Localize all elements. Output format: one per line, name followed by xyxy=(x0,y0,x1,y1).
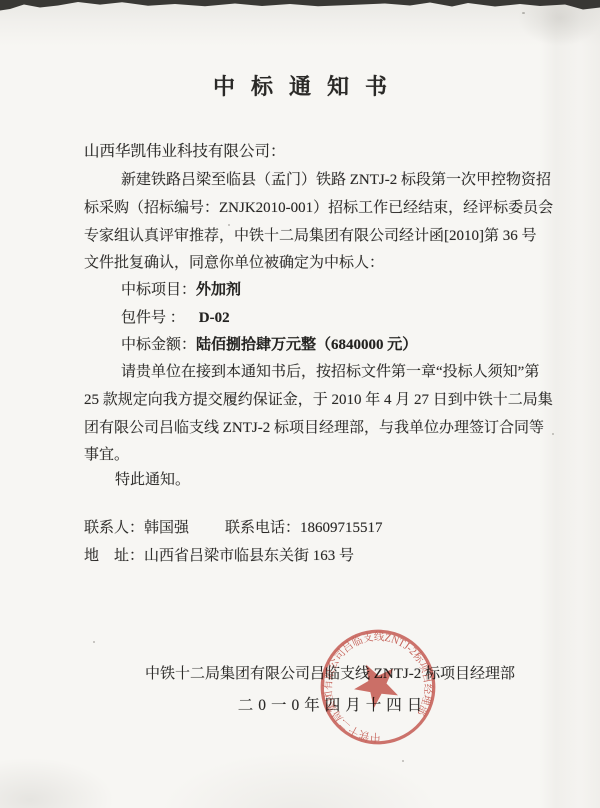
award-package-value: D-02 xyxy=(199,310,230,326)
official-seal: 中铁十二局集团有限公司吕临支线ZNTJ-2标项目经理部 xyxy=(275,584,481,790)
award-amount-row: 中标金额：陆佰捌拾肆万元整（6840000 元） xyxy=(121,332,417,360)
contact-phone-label: 联系电话： xyxy=(225,520,300,536)
address-value: 山西省吕梁市临县东关街 163 号 xyxy=(144,548,354,564)
paragraph-line: 标采购（招标编号：ZNJK2010-001）招标工作已经结束，经评标委员会 xyxy=(84,195,553,223)
contact-line: 联系人：韩国强联系电话：18609715517 xyxy=(84,516,383,537)
contact-phone-number: 18609715517 xyxy=(300,520,383,536)
address-label: 地 址： xyxy=(84,548,144,564)
contact-person-name: 韩国强 xyxy=(144,520,189,536)
paragraph-line: 事宜。 xyxy=(84,442,553,470)
award-details: 中标项目：外加剂 包件号 ：D-02 中标金额：陆佰捌拾肆万元整（6840000… xyxy=(121,277,417,360)
body-paragraph-2: 请贵单位在接到本通知书后，按招标文件第一章“投标人须知”第 25 款规定向我方提… xyxy=(84,359,553,470)
scan-speck xyxy=(402,760,404,762)
award-package-row: 包件号 ：D-02 xyxy=(121,305,417,333)
star-icon xyxy=(347,654,406,712)
paragraph-line: 团有限公司吕临支线 ZNTJ-2 标项目经理部，与我单位办理签订合同等 xyxy=(84,415,553,443)
scan-speck xyxy=(522,12,525,14)
address-line: 地 址：山西省吕梁市临县东关街 163 号 xyxy=(84,544,354,565)
scan-speck xyxy=(93,641,95,643)
scan-edge-artifact xyxy=(0,0,600,12)
scan-speck xyxy=(552,433,554,435)
award-project-value: 外加剂 xyxy=(196,282,241,298)
scan-speck xyxy=(228,224,230,226)
paragraph-line: 新建铁路吕梁至临县（孟门）铁路 ZNTJ-2 标段第一次甲控物资招 xyxy=(84,167,553,195)
closing-line: 特此通知。 xyxy=(115,468,190,489)
award-package-label: 包件号 ： xyxy=(121,310,185,326)
page-title: 中标通知书 xyxy=(0,70,600,101)
paragraph-line: 专家组认真评审推荐，中铁十二局集团有限公司经计函[2010]第 36 号 xyxy=(84,223,553,251)
award-project-row: 中标项目：外加剂 xyxy=(121,277,417,305)
contact-person-label: 联系人： xyxy=(84,520,144,536)
award-amount-value: 陆佰捌拾肆万元整（6840000 元） xyxy=(196,337,417,353)
scanned-document-page: 中标通知书 山西华凯伟业科技有限公司： 新建铁路吕梁至临县（孟门）铁路 ZNTJ… xyxy=(0,0,600,808)
paragraph-line: 请贵单位在接到本通知书后，按招标文件第一章“投标人须知”第 xyxy=(84,359,553,387)
addressee-line: 山西华凯伟业科技有限公司： xyxy=(84,139,286,161)
award-amount-label: 中标金额： xyxy=(121,337,196,353)
paragraph-line: 25 款规定向我方提交履约保证金，于 2010 年 4 月 27 日到中铁十二局… xyxy=(84,387,553,415)
body-paragraph-1: 新建铁路吕梁至临县（孟门）铁路 ZNTJ-2 标段第一次甲控物资招 标采购（招标… xyxy=(84,167,553,278)
award-project-label: 中标项目： xyxy=(121,282,196,298)
paragraph-line: 文件批复确认，同意你单位被确定为中标人： xyxy=(84,250,553,278)
